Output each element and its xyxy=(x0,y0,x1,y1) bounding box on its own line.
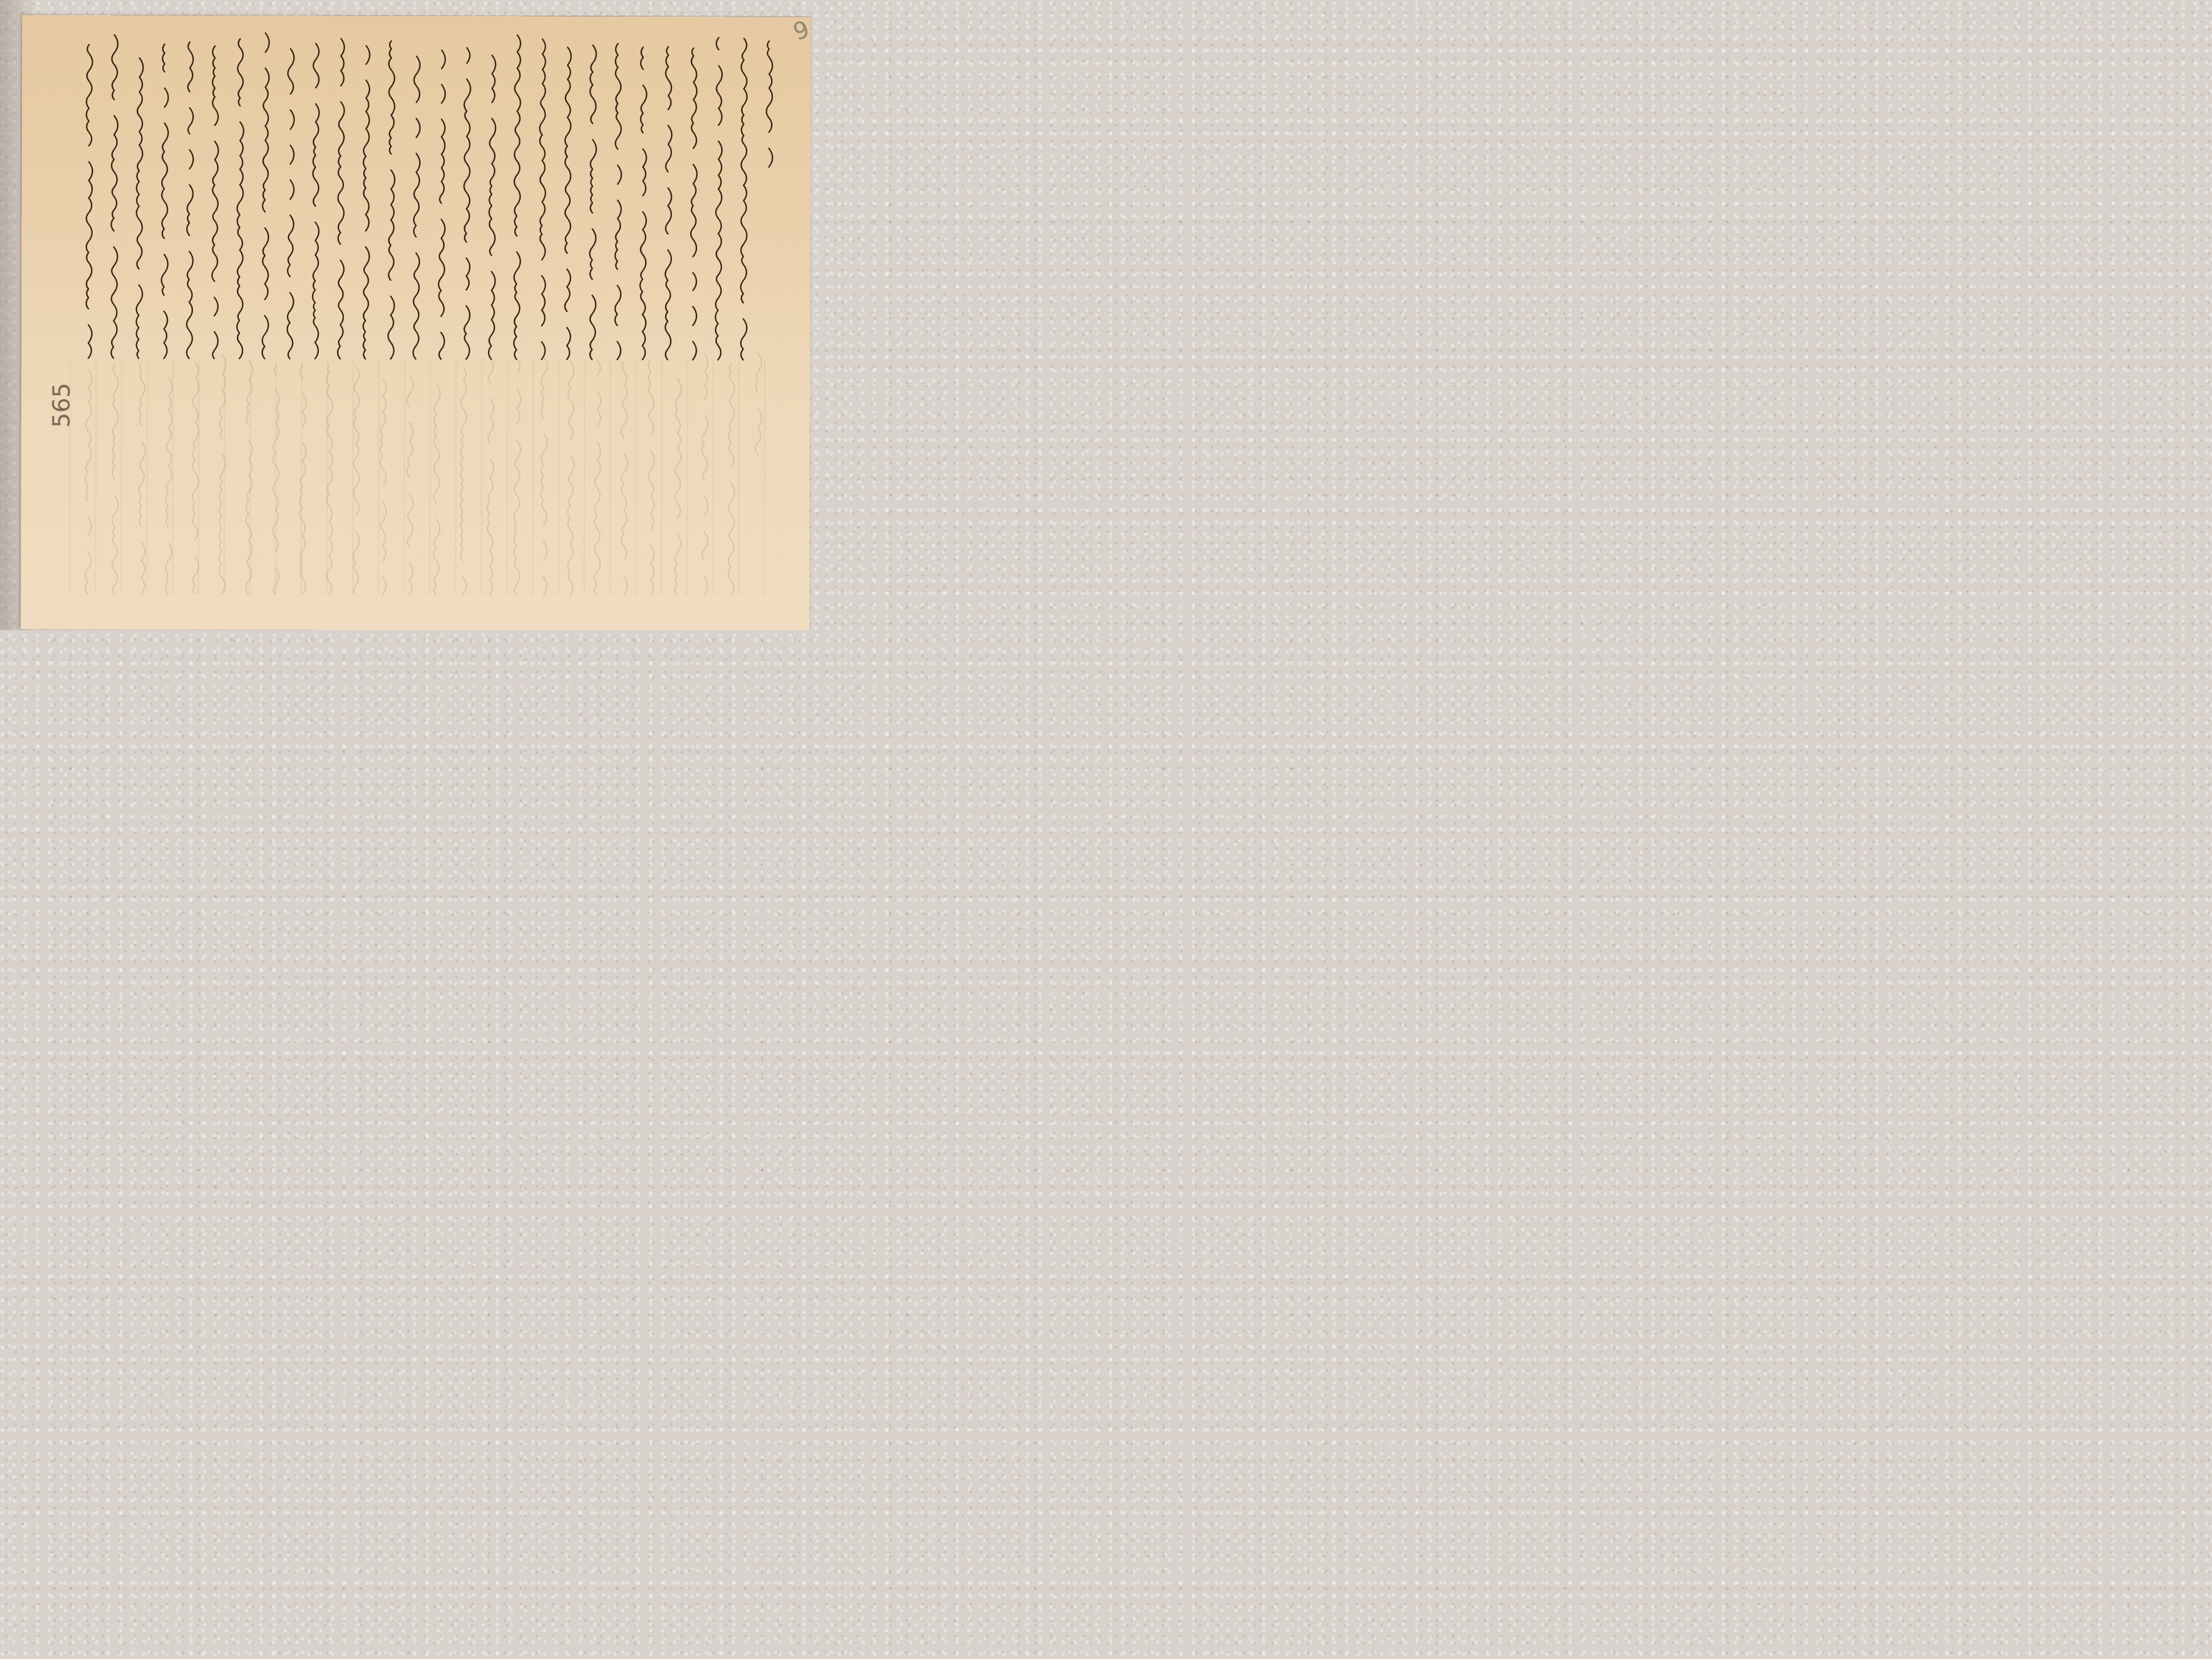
manuscript-line xyxy=(375,359,391,595)
manuscript-line xyxy=(357,38,375,359)
manuscript-line xyxy=(107,358,123,594)
manuscript-line xyxy=(206,37,223,358)
manuscript-line xyxy=(428,359,445,595)
manuscript-line xyxy=(735,39,752,360)
manuscript-line xyxy=(562,360,579,595)
bleed-through-text xyxy=(80,358,793,595)
manuscript-line xyxy=(181,37,198,358)
manuscript-line xyxy=(458,38,475,359)
manuscript-line xyxy=(509,359,525,595)
manuscript-line xyxy=(187,358,204,594)
manuscript-line xyxy=(106,36,123,358)
manuscript-line xyxy=(80,36,98,358)
manuscript-line xyxy=(760,39,778,360)
manuscript-line xyxy=(509,38,526,359)
manuscript-line xyxy=(710,38,727,360)
manuscript-line xyxy=(131,37,148,358)
manuscript-line xyxy=(634,38,652,360)
manuscript-line xyxy=(616,360,632,595)
manuscript-line xyxy=(267,358,284,594)
manuscript-line xyxy=(609,38,626,360)
manuscript-line xyxy=(214,358,230,594)
manuscript-line xyxy=(383,38,400,359)
manuscript-line xyxy=(321,359,338,595)
manuscript-line xyxy=(408,38,425,359)
manuscript-line xyxy=(534,38,551,360)
manuscript-line xyxy=(584,38,601,360)
archive-number: 565 xyxy=(48,383,75,428)
handwritten-text-block xyxy=(80,36,794,360)
manuscript-line xyxy=(559,38,576,360)
manuscript-line xyxy=(294,358,311,594)
manuscript-line xyxy=(589,360,606,595)
manuscript-line xyxy=(455,359,472,595)
manuscript-line xyxy=(257,37,274,358)
manuscript-line xyxy=(241,358,257,594)
manuscript-line xyxy=(685,38,702,360)
manuscript-line xyxy=(696,360,713,595)
manuscript-line xyxy=(156,37,173,358)
manuscript-line xyxy=(307,37,324,358)
manuscript-line xyxy=(433,38,450,359)
manuscript-line xyxy=(535,360,552,595)
manuscript-line xyxy=(723,360,739,596)
manuscript-line xyxy=(660,38,677,360)
manuscript-line xyxy=(483,38,500,359)
manuscript-page: 9 565 Handwritten text is not reliably l… xyxy=(21,15,811,630)
manuscript-line xyxy=(332,38,349,359)
manuscript-line xyxy=(750,360,766,596)
manuscript-line xyxy=(669,360,686,595)
transcription-note: Handwritten text is not reliably legible… xyxy=(23,15,23,16)
manuscript-line xyxy=(80,358,96,594)
manuscript-line xyxy=(282,37,299,358)
manuscript-line xyxy=(133,358,150,594)
manuscript-line xyxy=(642,360,659,595)
manuscript-line xyxy=(231,37,249,358)
manuscript-line xyxy=(482,359,498,595)
manuscript-line xyxy=(348,359,364,595)
manuscript-line xyxy=(401,359,418,595)
manuscript-line xyxy=(160,358,177,594)
